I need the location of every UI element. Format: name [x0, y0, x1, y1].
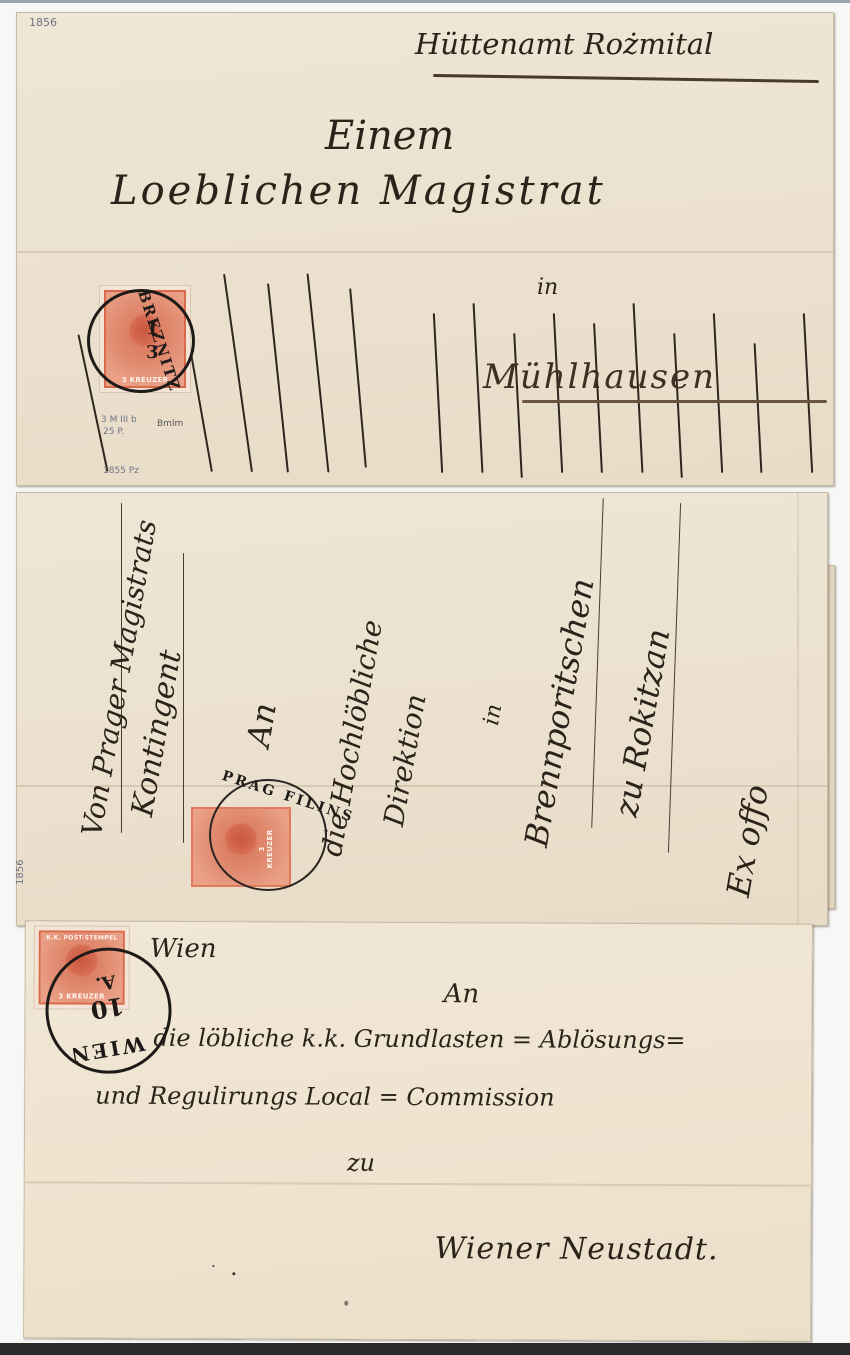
postmark: BREZNITZ 1 3 [87, 289, 195, 393]
ruled-line [183, 553, 184, 843]
postmark-town: WIEN [66, 1031, 146, 1068]
docket-stroke [267, 283, 289, 472]
ink-speck [344, 1301, 348, 1306]
destination: Mühlhausen [483, 357, 716, 397]
pencil-note: 3 M III b [101, 415, 137, 425]
docket-stroke [754, 343, 763, 473]
ruled-line [591, 498, 604, 828]
address-line-3: und Regulirungs Local = Commission [95, 1082, 555, 1112]
scan-bottom-edge [0, 1343, 850, 1355]
docket-stroke [349, 288, 367, 467]
postmark-day: 1 [146, 318, 159, 339]
address-line-2: die löbliche k.k. Grundlasten = Ablösung… [153, 1024, 685, 1054]
cover-1: 1856 Hüttenamt Rożmital Einem Loeblichen… [16, 12, 834, 486]
ruled-line [668, 503, 681, 853]
postmark-day: 10 [88, 991, 126, 1025]
address-line-4: zu [347, 1149, 375, 1177]
postmark-town: BREZNITZ [134, 288, 184, 395]
docket-stroke [803, 313, 813, 473]
sender-underline [433, 74, 819, 83]
sender-line: Hüttenamt Rożmital [415, 27, 713, 61]
postmark: PRAG FILINS [209, 779, 327, 891]
pencil-note: 1855 Pz [103, 466, 139, 476]
address-line: Direktion [377, 692, 433, 829]
postmark-month: 3 [146, 342, 159, 363]
address-line: An [239, 700, 284, 750]
pencil-note: 25 P. [103, 427, 124, 437]
docket-stroke [673, 333, 683, 478]
address-line-1: An [444, 979, 480, 1009]
docket-stroke [473, 303, 484, 473]
fold-line [17, 251, 833, 253]
scan-top-edge [0, 0, 850, 3]
stamp-top-text: K.K. POST-STEMPEL [41, 934, 123, 941]
cover-2: 1856 Von Prager Magistrats Kontingent An… [16, 492, 828, 926]
docket-stroke [307, 273, 330, 472]
docket-stroke [513, 333, 523, 478]
postmark-rotated-group: WIEN 10 A. [39, 941, 178, 1080]
fold-line [797, 493, 799, 925]
pencil-year: 1856 [29, 16, 57, 29]
cover-3: Wien An die löbliche k.k. Grundlasten = … [23, 920, 813, 1341]
address-line-1: Einem [325, 113, 454, 159]
address-line: Brennporitschen [517, 576, 602, 850]
postmark: WIEN 10 A. [45, 947, 172, 1074]
fold-line [25, 1181, 811, 1186]
address-line: zu Rokitzan [607, 626, 677, 820]
pencil-note: Bmlm [157, 419, 183, 429]
ink-speck [232, 1272, 235, 1275]
docket-stroke [223, 274, 253, 472]
ink-speck [212, 1265, 214, 1267]
address-line: in [479, 702, 507, 727]
postmark-month: A. [94, 970, 117, 994]
destination: Wiener Neustadt. [434, 1231, 718, 1267]
address-line-3: in [537, 275, 558, 300]
destination-underline [522, 400, 827, 403]
pencil-year: 1856 [15, 860, 26, 885]
address-line: Ex offo [719, 782, 776, 900]
docket-stroke [593, 323, 603, 473]
docket-stroke [433, 313, 443, 473]
address-line-2: Loeblichen Magistrat [111, 168, 606, 214]
